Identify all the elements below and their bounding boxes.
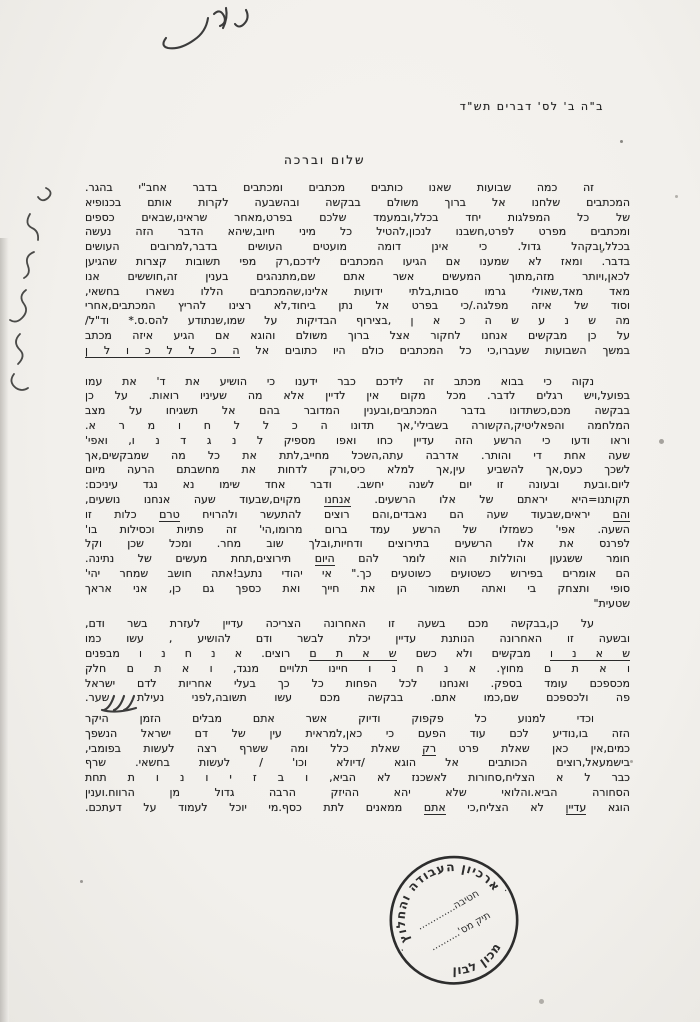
text-line: של כל המפלגות יחד בכלל,ובמעמד שלכם בפרט,… xyxy=(85,211,630,226)
text-line: פה ולכספכם שם,כמו אתם. בבקשה מכם עשו תשו… xyxy=(85,691,630,706)
date-line: ב"ה ב' לס' דברים תש"ד xyxy=(460,100,604,113)
text-line: בישמעאל,רוצים הכותבים אל הוגא /דיולא וכו… xyxy=(85,756,630,771)
text-line: תקותנו=היא יראתם של אלו הרשעים. אנחנו מק… xyxy=(85,493,630,508)
text-line: מה ש נ ע ש ה כ א ן ,בצירוף הבדיקות על שמ… xyxy=(85,314,630,329)
text-line: והם יראים,שבעוד שעה הם נאבדים,והם רוצים … xyxy=(85,508,630,523)
text-line: נקוה כי בבוא מכתב זה לידכם כבר ידענו כי … xyxy=(85,375,630,390)
paragraph: נקוה כי בבוא מכתב זה לידכם כבר ידענו כי … xyxy=(85,375,630,612)
text-line: על כן מבקשים אנחנו לחקור אצל ברוך משולם … xyxy=(85,329,630,344)
text-line: ו א ת ם מחוץ. א נ ח נ ו חיינו תלויים מנג… xyxy=(85,662,630,677)
text-line: לשכך כעס,אך להשביע עין,אך למלא כיס,ורק ל… xyxy=(85,463,630,478)
text-line: ומכתבים מפרט לפרט,חשבנו לנכון,להטיל כל מ… xyxy=(85,225,630,240)
text-line: ליום.ובעת ובעונה זו יום לשנה יחשב. ודבר … xyxy=(85,478,630,493)
archive-stamp: ארכיון העבודה והחלוץ מכון לבון חטיבה....… xyxy=(348,836,560,1022)
text-line: בפועל,ויש רגלים לדבר. מכל מקום אין לדיין… xyxy=(85,389,630,404)
text-line: לפרנס את אלו הרשעים בתירוצים ודחיות,ובלך… xyxy=(85,537,630,552)
text-line: הזה בו,נודיע לכם עוד הפעם כי כאן,למראית … xyxy=(85,727,630,742)
paragraph: זה כמה שבועות שאנו כותבים מכתבים ומכתבים… xyxy=(85,181,630,359)
text-line: שטעית" xyxy=(85,597,630,612)
text-line: וכדי למנוע כל פקפוק ודיוק אשר אתם מבלים … xyxy=(85,712,630,727)
text-line: ובשעה זו האחרונה הנותנת עדיין יכלת לבשר … xyxy=(85,632,630,647)
text-line: ש א נ ו מבקשים ולא כשם ש א ת ם רוצים. א … xyxy=(85,647,630,662)
text-line: סופי ותצחק בי ואתה תשמור הן את חייך ואת … xyxy=(85,582,630,597)
letter-body: זה כמה שבועות שאנו כותבים מכתבים ומכתבים… xyxy=(85,181,630,822)
text-line: שעה אחת די והותר. אדרבה עתה,השכל מחייב,ל… xyxy=(85,449,630,464)
text-line: מכספכם עומד בספק. ואנחנו לכל הפחות כל כך… xyxy=(85,677,630,692)
text-line: מאד מאד,שאולי גרמו סבות,בלתי ידועות אלינ… xyxy=(85,285,630,300)
text-line: הם אומרים בפירוש כשטועים כשוטעים כך." אי… xyxy=(85,567,630,582)
text-line: בכלל,ובקהל גדול. כי אינן דומה מועטים העו… xyxy=(85,240,630,255)
text-line: המכתבים שלחנו אל ברוך משולם בבקשה ובהשבע… xyxy=(85,196,630,211)
scan-noise-speckles xyxy=(620,140,623,143)
text-line: השעה. אפי' כשמזלו של הרשע עמד ברום מרומו… xyxy=(85,523,630,538)
text-line: על כן,בבקשה מכם בשעה זו האחרונה הצריכה ע… xyxy=(85,617,630,632)
scanned-letter-page: ב"ה ב' לס' דברים תש"ד שלום וברכה זה כמה … xyxy=(0,0,700,1022)
text-line: המלחמה והפאליטיק,הקשורה בשבילי',אך תדונו… xyxy=(85,419,630,434)
text-line: וסוד של איזה מפלגה./כי בפרט אל נתן ביחוד… xyxy=(85,299,630,314)
text-line: הוגא עדיין לא הצליח,כי אתם ממאנים לתת כס… xyxy=(85,801,630,816)
text-line: במשך השבועות שעברו,כי כל המכתבים כולם הי… xyxy=(85,344,630,359)
paragraph: וכדי למנוע כל פקפוק ודיוק אשר אתם מבלים … xyxy=(85,712,630,816)
text-line: לכאן,ויותר מזה,מתוך המעשים אשר אתם שם,מת… xyxy=(85,270,630,285)
greeting: שלום וברכה xyxy=(284,153,366,167)
text-line: הסחורה הביא.והלואי שלא יהא ההיזק הרבה גד… xyxy=(85,786,630,801)
paragraph: על כן,בבקשה מכם בשעה זו האחרונה הצריכה ע… xyxy=(85,617,630,706)
text-line: וראו ודעו כי הרשע הזה עדיין כחו ואפו מספ… xyxy=(85,434,630,449)
scan-edge-shadow xyxy=(0,238,9,1022)
text-line: בבקשה מכם,כשתדונו בדבר המכתבים,ובענין המ… xyxy=(85,404,630,419)
text-line: חומר ששגעון והוללות הוא לומר להם היום תי… xyxy=(85,552,630,567)
handwritten-note-top xyxy=(142,2,262,64)
text-line: כמים,אין כאן שאלת פרט רק שאלת כלל ומה שש… xyxy=(85,742,630,757)
text-line: בדבר. ומאז לא שמענו אם הגיעו המכתבים ליד… xyxy=(85,255,630,270)
text-line: זה כמה שבועות שאנו כותבים מכתבים ומכתבים… xyxy=(85,181,630,196)
text-line: כבר ל א הצליח,סחורות לאשכנז לא הביא, ו ב… xyxy=(85,771,630,786)
